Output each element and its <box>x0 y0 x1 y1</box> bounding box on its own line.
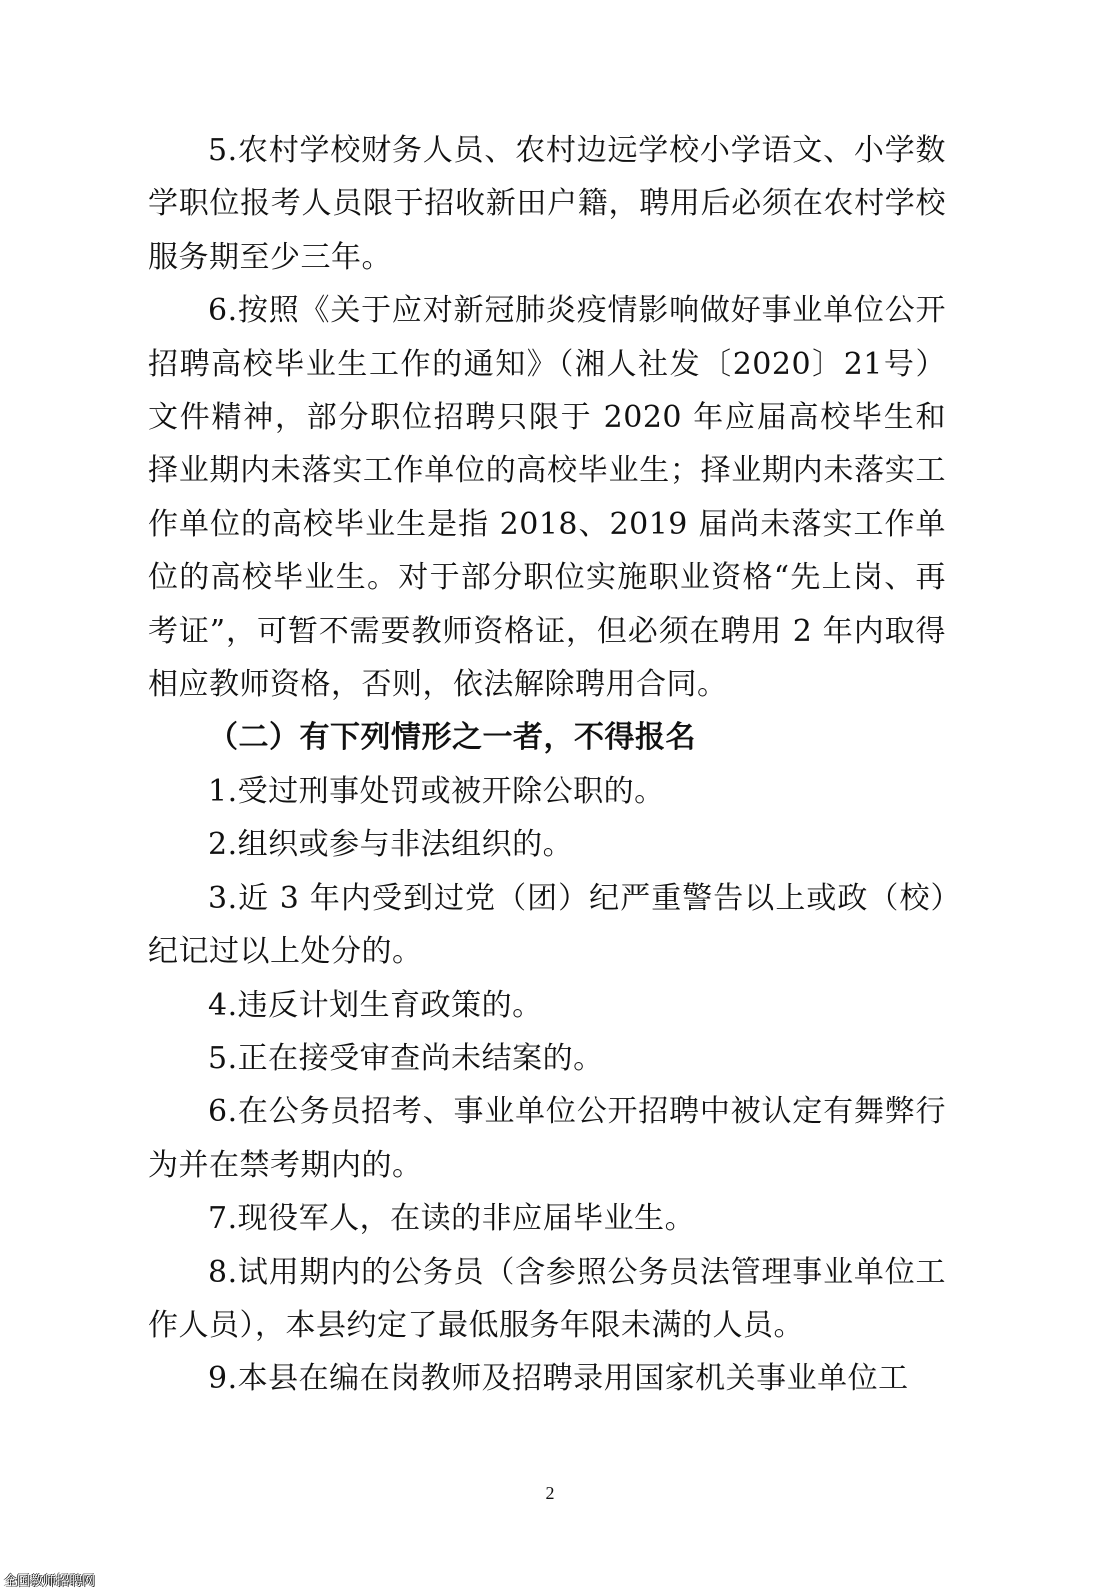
page-number: 2 <box>538 1483 562 1504</box>
watermark-logo: 全国教师招聘网 <box>4 1570 95 1589</box>
paragraph-ineligible-7: 7.现役军人，在读的非应届毕业生。 <box>148 1192 946 1245</box>
paragraph-item-5-rural-staff: 5.农村学校财务人员、农村边远学校小学语文、小学数学职位报考人员限于招收新田户籍… <box>148 124 946 284</box>
section-heading-ineligible: （二）有下列情形之一者，不得报名 <box>148 711 946 764</box>
paragraph-ineligible-1: 1.受过刑事处罚或被开除公职的。 <box>148 765 946 818</box>
paragraph-ineligible-8: 8.试用期内的公务员（含参照公务员法管理事业单位工作人员），本县约定了最低服务年… <box>148 1246 946 1353</box>
paragraph-ineligible-9: 9.本县在编在岗教师及招聘录用国家机关事业单位工 <box>148 1352 946 1405</box>
paragraph-ineligible-4: 4.违反计划生育政策的。 <box>148 979 946 1032</box>
paragraph-ineligible-6: 6.在公务员招考、事业单位公开招聘中被认定有舞弊行为并在禁考期内的。 <box>148 1085 946 1192</box>
document-body: 5.农村学校财务人员、农村边远学校小学语文、小学数学职位报考人员限于招收新田户籍… <box>148 124 946 1406</box>
paragraph-ineligible-5: 5.正在接受审查尚未结案的。 <box>148 1032 946 1085</box>
paragraph-item-6-graduates-notice: 6.按照《关于应对新冠肺炎疫情影响做好事业单位公开招聘高校毕业生工作的通知》（湘… <box>148 284 946 711</box>
paragraph-ineligible-2: 2.组织或参与非法组织的。 <box>148 818 946 871</box>
document-page: 5.农村学校财务人员、农村边远学校小学语文、小学数学职位报考人员限于招收新田户籍… <box>0 0 1100 1595</box>
paragraph-ineligible-3: 3.近 3 年内受到过党（团）纪严重警告以上或政（校）纪记过以上处分的。 <box>148 872 946 979</box>
